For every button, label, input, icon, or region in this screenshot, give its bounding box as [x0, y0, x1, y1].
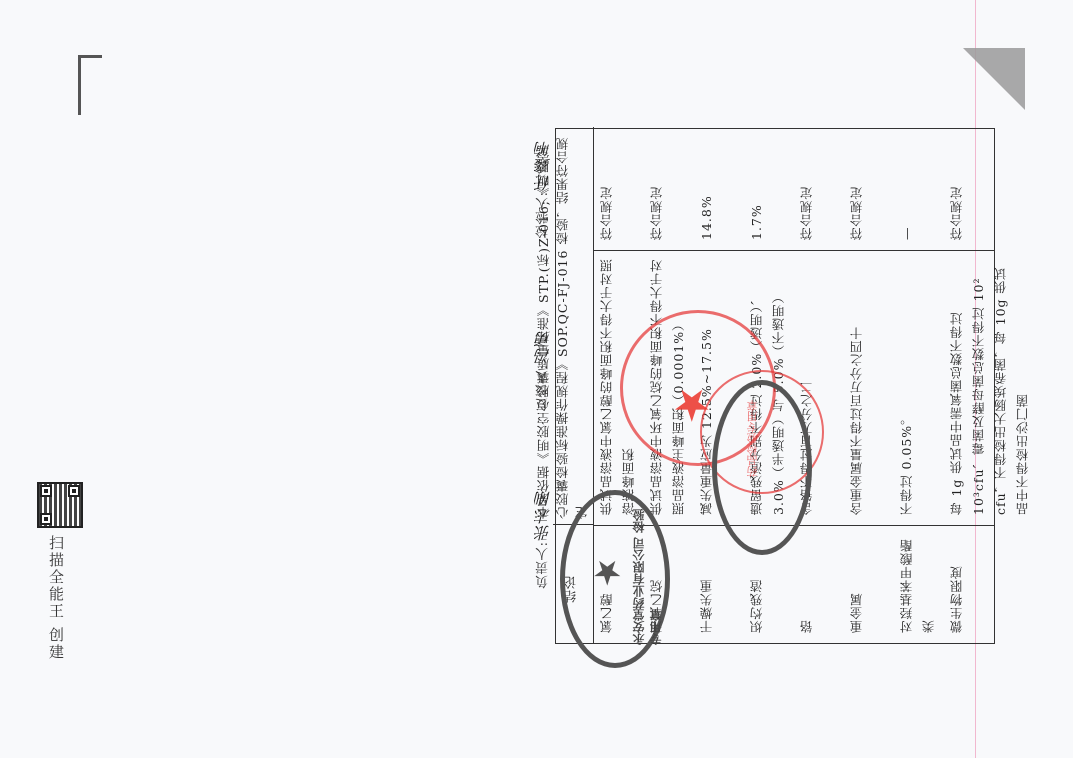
inspector-signature: 检验人:任鑫响 [532, 140, 555, 238]
scanner-watermark: 扫描全能王 创建 [46, 535, 67, 661]
result-value: 符合规定 [596, 133, 640, 240]
responsible-name: 张志刚 [534, 490, 553, 541]
scanned-page: 氯乙醇环氧乙烷干燥失重炽灼残渣铬重金属对羟基苯甲酸酯类微生物限度供试品溶液中氯乙… [0, 0, 1073, 758]
item-name: 对羟基苯甲酸酯类 [896, 531, 940, 633]
inspector-label: 检验人: [536, 191, 551, 238]
result-value: 符合规定 [646, 133, 690, 240]
spec-text: 含重金属量不得过百万分之四十 [846, 256, 890, 515]
scan-edge-mark-top [78, 55, 102, 58]
result-column: 符合规定符合规定14.8%1.7%符合规定符合规定—符合规定 [594, 127, 994, 250]
reviewer-label: 复核人: [536, 364, 551, 411]
folded-corner [963, 48, 1025, 110]
reviewer-signature: 复核人:冯勇 [532, 330, 555, 411]
result-value: 14.8% [696, 133, 740, 240]
item-name: 微生物限度 [946, 531, 990, 633]
result-value: — [896, 133, 940, 240]
qr-code-icon [37, 482, 83, 528]
reviewer-name: 冯勇 [534, 330, 553, 364]
result-value: 符合规定 [796, 133, 840, 240]
red-stamp-star-icon: ★ [672, 382, 711, 426]
spec-text: 每 1g 供试品中需氧菌总数不得过 10³cfu、霉菌及酵母菌总数不得过 10²… [946, 256, 990, 515]
inspector-name: 任鑫响 [534, 140, 553, 191]
result-value: 1.7% [746, 133, 790, 240]
responsible-label: 负责人: [536, 541, 551, 588]
responsible-signature: 负责人:张志刚 [532, 490, 555, 588]
result-value: 符合规定 [846, 133, 890, 240]
item-name: 干燥失重 [696, 531, 740, 633]
scan-edge-mark [78, 55, 81, 115]
gray-stamp-text: 永安堂药业有限公司 检验专用章 [630, 505, 664, 645]
spec-text: 不得过 0.05%。 [896, 256, 940, 515]
result-value: 符合规定 [946, 133, 990, 240]
gray-stamp-star-icon: ★ [592, 555, 622, 589]
item-name: 铬 [796, 531, 840, 633]
item-name: 重金属 [846, 531, 890, 633]
gray-stamp-top [712, 380, 812, 555]
